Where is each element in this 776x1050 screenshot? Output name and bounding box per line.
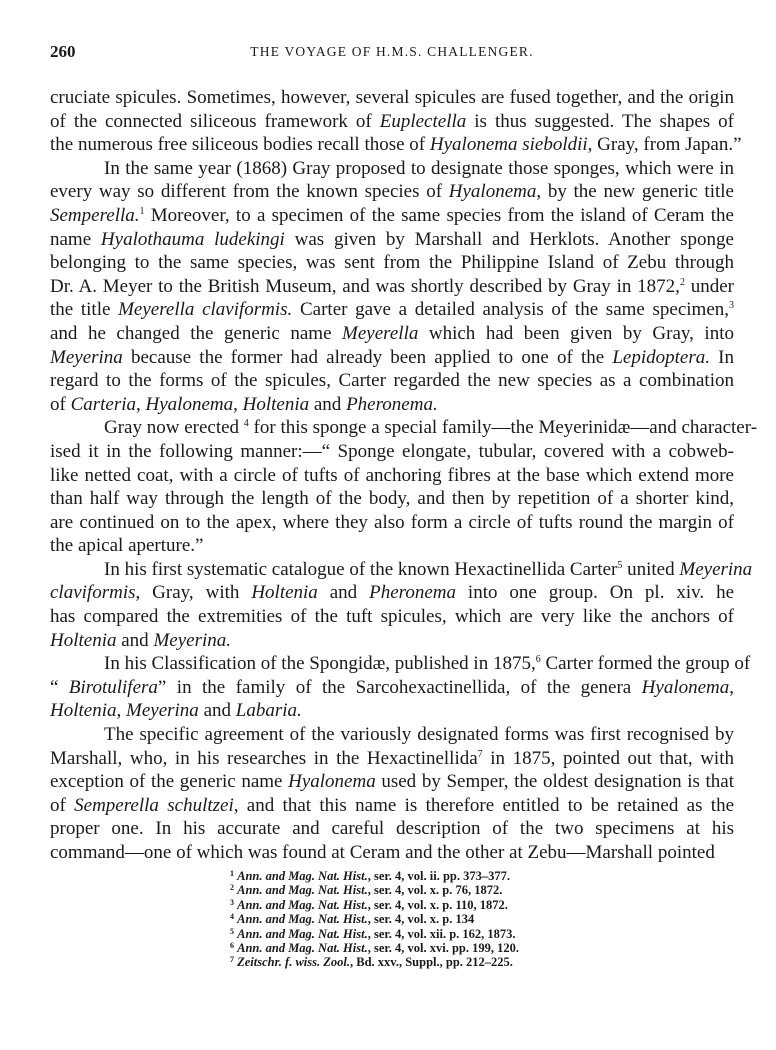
footnotes: 1 Ann. and Mag. Nat. Hist., ser. 4, vol.… [230,869,650,970]
italic-term: Carteria [71,394,136,415]
page-header: 260 THE VOYAGE OF H.M.S. CHALLENGER. [50,42,734,64]
footnote-journal: Ann. and Mag. Nat. Hist. [237,869,368,883]
text-run: , [136,394,146,415]
text-run: Carter gave a detailed analysis of the s… [292,299,729,320]
text-run: into one group. On pl. xiv. he [456,582,734,603]
italic-term: Labaria. [236,700,302,721]
footnote-ref: , Bd. xxv., Suppl., pp. 212–225. [350,955,513,969]
footnote: 7 Zeitschr. f. wiss. Zool., Bd. xxv., Su… [230,955,650,969]
text-run: for this sponge a special family—the Mey… [249,417,757,438]
footnote-journal: Ann. and Mag. Nat. Hist. [237,912,368,926]
text-run: , [729,677,734,698]
text-run: “ [50,677,69,698]
text-run: , [117,700,127,721]
italic-term: Meyerina [50,347,123,368]
footnote: 6 Ann. and Mag. Nat. Hist., ser. 4, vol.… [230,941,650,955]
footnote: 4 Ann. and Mag. Nat. Hist., ser. 4, vol.… [230,912,650,926]
italic-term: claviformis [50,582,136,603]
text-run: In his first systematic catalogue of the… [104,559,617,580]
italic-term: Pheronema [369,582,456,603]
footnote-ref: 3 [729,300,734,311]
running-title: THE VOYAGE OF H.M.S. CHALLENGER. [50,44,734,60]
text-run: and [199,700,236,721]
text-run: ised it in the following manner:—“ Spong… [50,441,734,462]
text-line: The specific agreement of the variously … [50,723,734,747]
text-run: united [622,559,679,580]
footnote-journal: Zeitschr. f. wiss. Zool. [237,955,350,969]
text-line: of the connected siliceous framework of … [50,110,734,134]
text-run: Carter formed the group of [541,653,750,674]
text-run: the numerous free siliceous bodies recal… [50,134,430,155]
text-run: and [117,630,154,651]
footnote-ref: , ser. 4, vol. xvi. pp. 199, 120. [368,941,519,955]
text-run: used by Semper, the oldest designation i… [376,771,734,792]
italic-term: Meyerina [126,700,199,721]
italic-term: Holtenia [251,582,318,603]
footnote-number: 2 [230,883,234,892]
footnote: 3 Ann. and Mag. Nat. Hist., ser. 4, vol.… [230,898,650,912]
text-run: exception of the generic name [50,771,288,792]
text-line: Marshall, who, in his researches in the … [50,747,734,771]
text-run: has compared the extremities of the tuft… [50,606,734,627]
text-run: In [710,347,734,368]
text-run: than half way through the length of the … [50,488,734,509]
italic-term: Hyalothauma ludekingi [101,229,285,250]
text-line: like netted coat, with a circle of tufts… [50,464,734,488]
text-line: proper one. In his accurate and careful … [50,817,734,841]
text-line: every way so different from the known sp… [50,180,734,204]
text-line: name Hyalothauma ludekingi was given by … [50,228,734,252]
text-run: and [309,394,346,415]
italic-term: Meyerella [342,323,418,344]
text-line: of Semperella schultzei, and that this n… [50,794,734,818]
footnote-ref: , ser. 4, vol. x. p. 110, 1872. [368,898,508,912]
text-line: claviformis, Gray, with Holtenia and Phe… [50,581,734,605]
italic-term: Holtenia [50,630,117,651]
text-run: the title [50,299,118,320]
text-line: Holtenia, Meyerina and Labaria. [50,699,734,723]
italic-term: Meyerina [679,559,752,580]
text-line: In his Classification of the Spongidæ, p… [50,652,734,676]
footnote-number: 7 [230,955,234,964]
text-run: , and that this name is therefore entitl… [234,795,734,816]
text-run: , [233,394,243,415]
text-run: Moreover, to a specimen of the same spec… [145,205,734,226]
italic-term: Hyalonema [642,677,730,698]
italic-term: Euplectella [380,111,467,132]
text-run: command—one of which was found at Ceram … [50,842,715,863]
footnote-journal: Ann. and Mag. Nat. Hist. [237,941,368,955]
footnote-number: 6 [230,941,234,950]
text-run: , Gray, from Japan.” [588,134,742,155]
text-run: in 1875, pointed out that, with [483,748,734,769]
text-line: command—one of which was found at Ceram … [50,841,734,865]
text-line: exception of the generic name Hyalonema … [50,770,734,794]
text-run: regard to the forms of the spicules, Car… [50,370,734,391]
body-text: cruciate spicules. Sometimes, however, s… [50,86,734,865]
text-line: belonging to the same species, was sent … [50,251,734,275]
text-line: of Carteria, Hyalonema, Holtenia and Phe… [50,393,734,417]
italic-term: Hyalonema [449,181,537,202]
footnote-journal: Ann. and Mag. Nat. Hist. [237,883,368,897]
text-line: cruciate spicules. Sometimes, however, s… [50,86,734,110]
italic-term: Birotulifera [69,677,158,698]
text-run: belonging to the same species, was sent … [50,252,734,273]
text-run: , Gray, with [136,582,252,603]
text-run: because the former had already been appl… [123,347,613,368]
text-run: was given by Marshall and Herklots. Anot… [285,229,734,250]
text-line: are continued on to the apex, where they… [50,511,734,535]
text-line: Dr. A. Meyer to the British Museum, and … [50,275,734,299]
footnote-number: 3 [230,898,234,907]
text-run: name [50,229,101,250]
text-run: like netted coat, with a circle of tufts… [50,465,734,486]
text-run: proper one. In his accurate and careful … [50,818,734,839]
text-run: ” in the family of the Sarcohexactinelli… [158,677,642,698]
text-run: is thus suggested. The shapes of [466,111,734,132]
italic-term: Semperella. [50,205,140,226]
footnote-ref: , ser. 4, vol. ii. pp. 373–377. [368,869,510,883]
text-line: ised it in the following manner:—“ Spong… [50,440,734,464]
footnote: 2 Ann. and Mag. Nat. Hist., ser. 4, vol.… [230,883,650,897]
footnote-ref: , ser. 4, vol. x. p. 134 [368,912,475,926]
text-run: of [50,394,71,415]
text-line: Meyerina because the former had already … [50,346,734,370]
italic-term: Hyalonema sieboldii [430,134,588,155]
italic-term: Semperella schultzei [74,795,234,816]
text-line: Holtenia and Meyerina. [50,629,734,653]
text-run: and he changed the generic name [50,323,342,344]
footnote-journal: Ann. and Mag. Nat. Hist. [237,927,368,941]
footnote-journal: Ann. and Mag. Nat. Hist. [237,898,368,912]
text-run: The specific agreement of the variously … [104,724,734,745]
italic-term: Meyerella claviformis. [118,299,292,320]
text-run: of the connected siliceous framework of [50,111,380,132]
footnote-ref: , ser. 4, vol. x. p. 76, 1872. [368,883,503,897]
footnote: 5 Ann. and Mag. Nat. Hist., ser. 4, vol.… [230,927,650,941]
text-line: the title Meyerella claviformis. Carter … [50,298,734,322]
text-run: Marshall, who, in his researches in the … [50,748,478,769]
text-run: and [318,582,369,603]
text-run: cruciate spicules. Sometimes, however, s… [50,87,734,108]
text-run: which had been given by Gray, into [418,323,734,344]
italic-term: Holtenia [243,394,310,415]
italic-term: Holtenia [50,700,117,721]
italic-term: Lepidoptera. [612,347,710,368]
footnote-number: 5 [230,927,234,936]
text-line: Semperella.1 Moreover, to a specimen of … [50,204,734,228]
text-line: “ Birotulifera” in the family of the Sar… [50,676,734,700]
text-line: and he changed the generic name Meyerell… [50,322,734,346]
italic-term: Hyalonema [288,771,376,792]
text-run: Dr. A. Meyer to the British Museum, and … [50,276,680,297]
text-run: , by the new generic title [536,181,734,202]
italic-term: Meyerina. [153,630,231,651]
text-run: every way so different from the known sp… [50,181,449,202]
text-run: In his Classification of the Spongidæ, p… [104,653,536,674]
text-run: under [685,276,734,297]
footnote: 1 Ann. and Mag. Nat. Hist., ser. 4, vol.… [230,869,650,883]
footnote-number: 4 [230,912,234,921]
text-run: In the same year (1868) Gray proposed to… [104,158,734,179]
italic-term: Pheronema. [346,394,438,415]
text-line: the numerous free siliceous bodies recal… [50,133,734,157]
text-line: In the same year (1868) Gray proposed to… [50,157,734,181]
text-line: In his first systematic catalogue of the… [50,558,734,582]
text-line: has compared the extremities of the tuft… [50,605,734,629]
footnote-ref: , ser. 4, vol. xii. p. 162, 1873. [368,927,516,941]
text-line: regard to the forms of the spicules, Car… [50,369,734,393]
text-line: the apical aperture.” [50,534,734,558]
text-line: than half way through the length of the … [50,487,734,511]
text-run: Gray now erected [104,417,244,438]
text-line: Gray now erected 4 for this sponge a spe… [50,416,734,440]
text-run: of [50,795,74,816]
text-run: the apical aperture.” [50,535,203,556]
footnote-number: 1 [230,869,234,878]
italic-term: Hyalonema [146,394,234,415]
text-run: are continued on to the apex, where they… [50,512,734,533]
